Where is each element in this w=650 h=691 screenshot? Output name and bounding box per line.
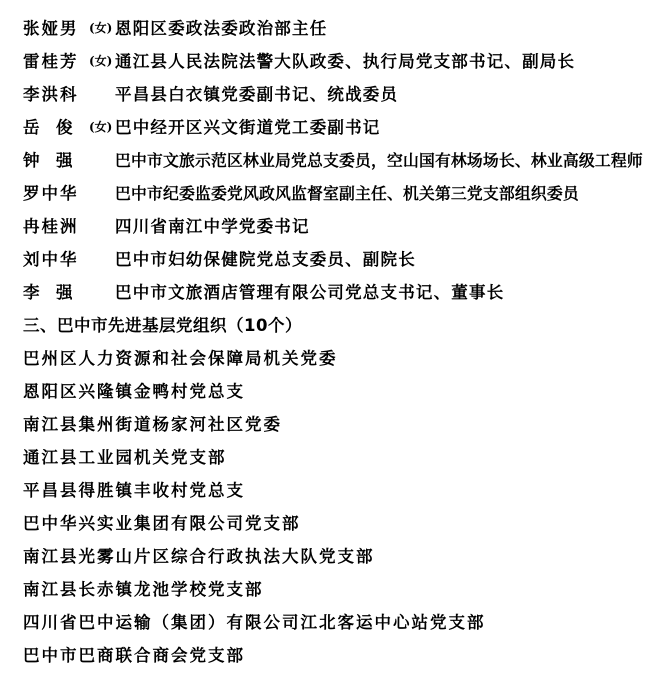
person-entry: 钟 强 巴中市文旅示范区林业局党总支委员，空山国有林场场长、林业高级工程师 — [23, 144, 643, 177]
person-name: 雷桂芳 — [23, 45, 89, 78]
person-name: 刘中华 — [23, 243, 89, 276]
person-role: 巴中市文旅酒店管理有限公司党总支书记、董事长 — [115, 276, 504, 309]
person-name: 冉桂洲 — [23, 210, 89, 243]
person-role: 巴中市纪委监委党风政风监督室副主任、机关第三党支部组织委员 — [115, 177, 579, 210]
organization-entry: 通江县工业园机关党支部 — [23, 441, 643, 474]
person-role: 四川省南江中学党委书记 — [115, 210, 310, 243]
organization-entry: 平昌县得胜镇丰收村党总支 — [23, 474, 643, 507]
document-page: 张娅男 (女) 恩阳区委政法委政治部主任 雷桂芳 (女) 通江县人民法院法警大队… — [23, 12, 643, 672]
person-role: 巴中经开区兴文街道党工委副书记 — [115, 111, 381, 144]
person-entry: 岳 俊 (女) 巴中经开区兴文街道党工委副书记 — [23, 111, 643, 144]
organization-entry: 巴州区人力资源和社会保障局机关党委 — [23, 342, 643, 375]
organization-entry: 南江县长赤镇龙池学校党支部 — [23, 573, 643, 606]
person-name: 钟 强 — [23, 144, 89, 177]
person-name: 李 强 — [23, 276, 89, 309]
organization-entry: 四川省巴中运输（集团）有限公司江北客运中心站党支部 — [23, 606, 643, 639]
person-entry: 罗中华 巴中市纪委监委党风政风监督室副主任、机关第三党支部组织委员 — [23, 177, 643, 210]
person-entry: 李 强 巴中市文旅酒店管理有限公司党总支书记、董事长 — [23, 276, 643, 309]
person-entry: 李洪科 平昌县白衣镇党委副书记、统战委员 — [23, 78, 643, 111]
person-role: 平昌县白衣镇党委副书记、统战委员 — [115, 78, 398, 111]
person-name: 岳 俊 — [23, 111, 89, 144]
organization-entry: 南江县光雾山片区综合行政执法大队党支部 — [23, 540, 643, 573]
person-name: 李洪科 — [23, 78, 89, 111]
organization-entry: 巴中华兴实业集团有限公司党支部 — [23, 507, 643, 540]
organization-entry: 巴中市巴商联合商会党支部 — [23, 639, 643, 672]
section-heading: 三、巴中市先进基层党组织（10个） — [23, 309, 643, 342]
female-marker: (女) — [89, 111, 115, 144]
female-marker: (女) — [89, 12, 115, 45]
person-name: 罗中华 — [23, 177, 89, 210]
person-role: 巴中市文旅示范区林业局党总支委员，空山国有林场场长、林业高级工程师 — [115, 144, 643, 177]
person-role: 巴中市妇幼保健院党总支委员、副院长 — [115, 243, 416, 276]
organization-entry: 恩阳区兴隆镇金鸭村党总支 — [23, 375, 643, 408]
person-entry: 冉桂洲 四川省南江中学党委书记 — [23, 210, 643, 243]
person-name: 张娅男 — [23, 12, 89, 45]
person-entry: 张娅男 (女) 恩阳区委政法委政治部主任 — [23, 12, 643, 45]
person-role: 恩阳区委政法委政治部主任 — [115, 12, 327, 45]
person-entry: 刘中华 巴中市妇幼保健院党总支委员、副院长 — [23, 243, 643, 276]
person-role: 通江县人民法院法警大队政委、执行局党支部书记、副局长 — [115, 45, 575, 78]
organization-entry: 南江县集州街道杨家河社区党委 — [23, 408, 643, 441]
person-entry: 雷桂芳 (女) 通江县人民法院法警大队政委、执行局党支部书记、副局长 — [23, 45, 643, 78]
female-marker: (女) — [89, 45, 115, 78]
